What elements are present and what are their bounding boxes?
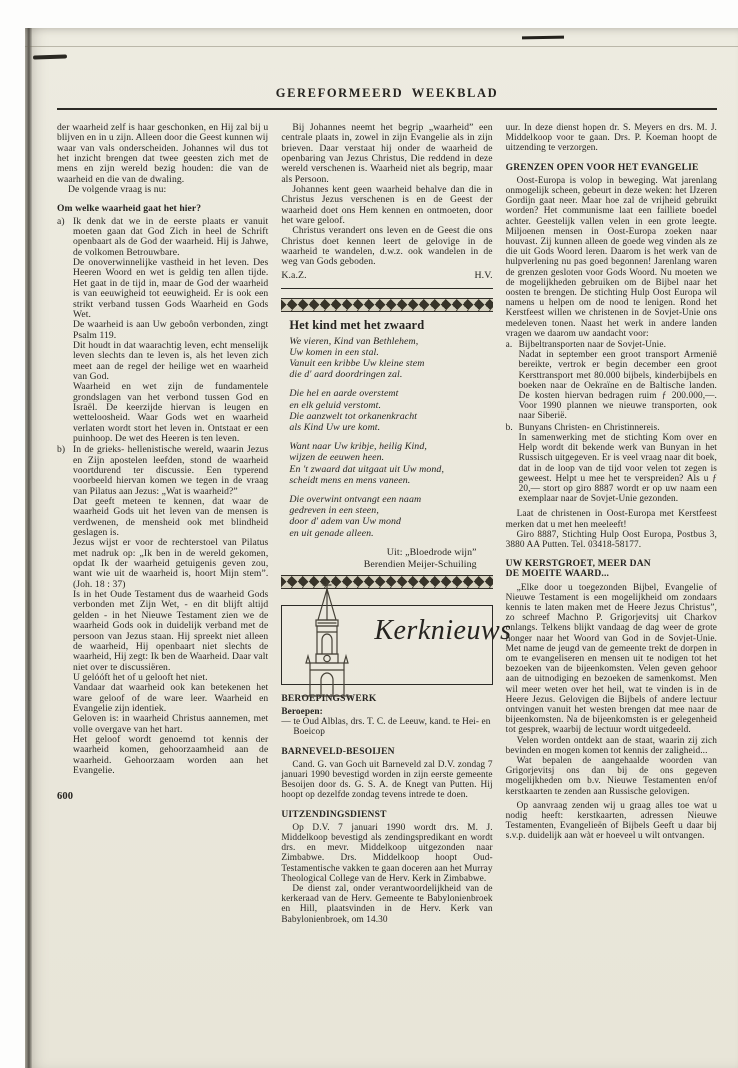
poem-line: als Kind Uw ure komt. — [289, 422, 488, 433]
article-paragraph: Jezus wijst er voor de rechterstoel van … — [73, 538, 268, 590]
news-paragraph: De dienst zal, onder verantwoordelijkhei… — [281, 884, 492, 925]
article-paragraph: Geloven is: in waarheid Christus aanneme… — [73, 714, 268, 735]
article-paragraph: De volgende vraag is nu: — [57, 185, 268, 195]
news-subheading: Beroepen: — [281, 707, 492, 717]
scan-artifact-mark — [33, 54, 67, 59]
kerknieuws-content: BEROEPINGSWERK Beroepen: — te Oud Alblas… — [281, 694, 492, 925]
poem-line: En 't zwaard dat uitgaat uit Uw mond, — [289, 464, 488, 475]
news-paragraph: Giro 8887, Stichting Hulp Oost Europa, P… — [506, 530, 717, 550]
news-heading: GRENZEN OPEN VOOR HET EVANGELIE — [506, 163, 717, 173]
news-paragraph: Op D.V. 7 januari 1990 wordt drs. M. J. … — [281, 823, 492, 884]
news-list-item: — te Oud Alblas, drs. T. C. de Leeuw, ka… — [281, 717, 492, 737]
news-paragraph: Laat de christenen in Oost-Europa met Ke… — [506, 509, 717, 529]
poem-line: die d' aard doordringen zal. — [289, 369, 488, 380]
poem-line: gedreven in een steen, — [289, 505, 488, 516]
list-item-title: Bijbeltransporten naar de Sovjet-Unie. — [519, 340, 717, 350]
poem-line: en elk geluid verstomt. — [289, 400, 488, 411]
news-list-item-b: b. Bunyans Christen- en Christinnereis. … — [506, 423, 717, 505]
news-paragraph: Cand. G. van Goch uit Barneveld zal D.V.… — [281, 760, 492, 801]
news-paragraph: Wat bepalen de aangehaalde woorden van G… — [506, 756, 717, 797]
article-subheading: Om welke waarheid gaat het hier? — [57, 204, 268, 214]
kerknieuws-title: Kerknieuws — [374, 626, 511, 636]
scan-artifact-dash — [522, 36, 564, 40]
poem-line: scheidt mens en mens vaneen. — [289, 475, 488, 486]
news-list-item-a: a. Bijbeltransporten naar de Sovjet-Unie… — [506, 340, 717, 422]
poem-line: Vanuit een kribbe Uw kleine stem — [289, 358, 488, 369]
list-item-title: Bunyans Christen- en Christinnereis. — [519, 423, 717, 433]
ornamental-border-top — [281, 298, 492, 312]
news-paragraph: „Elke door u toegezonden Bijbel, Evangel… — [506, 583, 717, 736]
poem-stanza: Die hel en aarde overstemt en elk geluid… — [289, 388, 488, 433]
poem-line: Die aanzwelt tot orkanenkracht — [289, 411, 488, 422]
article-paragraph: Is in het Oude Testament dus de waarheid… — [73, 590, 268, 673]
article-paragraph: In de grieks- hellenistische wereld, waa… — [73, 445, 268, 497]
poem-line: en uit genade alleen. — [289, 528, 488, 539]
section-divider — [281, 288, 492, 289]
signature-initials-right: H.V. — [474, 271, 492, 281]
poem-line: We vieren, Kind van Bethlehem, — [289, 336, 488, 347]
news-paragraph: Oost-Europa is volop in beweging. Wat ja… — [506, 176, 717, 339]
page-number: 600 — [57, 792, 268, 802]
news-paragraph: Op aanvraag zenden wij u graag alles toe… — [506, 801, 717, 842]
poem-line: Uw komen in een stal. — [289, 347, 488, 358]
masthead: GEREFORMEERD WEEKBLAD — [57, 86, 717, 110]
poem-line: wijzen de eeuwen heen. — [289, 452, 488, 463]
news-list-text: te Oud Alblas, drs. T. C. de Leeuw, kand… — [293, 717, 492, 737]
news-heading: BARNEVELD-BESOIJEN — [281, 747, 492, 757]
poem-title: Het kind met het zwaard — [289, 320, 488, 330]
list-marker: a. — [506, 340, 519, 422]
article-paragraph: Bij Johannes neemt het begrip „waarheid”… — [281, 123, 492, 185]
news-paragraph: Nadat in september een groot transport A… — [519, 350, 717, 421]
column-2: Bij Johannes neemt het begrip „waarheid”… — [281, 123, 492, 925]
news-paragraph: uur. In deze dienst hopen dr. S. Meyers … — [506, 123, 717, 154]
news-paragraph: Velen worden ontdekt aan de staat, waari… — [506, 736, 717, 756]
article-paragraph: Ik denk dat we in de eerste plaats er va… — [73, 217, 268, 258]
poem-line: Die hel en aarde overstemt — [289, 388, 488, 399]
article-paragraph: Het geloof wordt genoemd tot kennis der … — [73, 735, 268, 776]
page-spine-shadow — [25, 28, 32, 1068]
poem-stanza: Want naar Uw kribje, heilig Kind, wijzen… — [289, 441, 488, 486]
article-signature: K.a.Z. H.V. — [281, 271, 492, 281]
signature-initials-left: K.a.Z. — [281, 271, 306, 281]
column-1: der waarheid zelf is haar geschonken, en… — [57, 123, 268, 925]
list-item-a: a) Ik denk dat we in de eerste plaats er… — [57, 217, 268, 445]
article-paragraph: der waarheid zelf is haar geschonken, en… — [57, 123, 268, 185]
news-paragraph: In samenwerking met de stichting Kom ove… — [519, 433, 717, 504]
poem-line: door d' adem van Uw mond — [289, 516, 488, 527]
poem-line: Die overwint ontvangt een naam — [289, 494, 488, 505]
news-heading: UW KERSTGROET, MEER DAN DE MOEITE WAARD.… — [506, 559, 656, 579]
article-paragraph: Dit houdt in dat waarachtig leven, echt … — [73, 341, 268, 382]
poem-line: Want naar Uw kribje, heilig Kind, — [289, 441, 488, 452]
masthead-rule — [57, 108, 717, 110]
poem-source: Uit: „Bloedrode wijn” — [289, 547, 488, 559]
poem-stanza: Die overwint ontvangt een naam gedreven … — [289, 494, 488, 539]
scanned-magazine-page: GEREFORMEERD WEEKBLAD der waarheid zelf … — [25, 28, 738, 1068]
list-marker: b. — [506, 423, 519, 505]
poem-stanza: We vieren, Kind van Bethlehem, Uw komen … — [289, 336, 488, 381]
column-3: uur. In deze dienst hopen dr. S. Meyers … — [506, 123, 717, 925]
article-paragraph: Vandaar dat waarheid ook kan betekenen h… — [73, 683, 268, 714]
list-item-b: b) In de grieks- hellenistische wereld, … — [57, 445, 268, 776]
article-paragraph: Johannes kent geen waarheid behalve dan … — [281, 185, 492, 226]
list-marker: a) — [57, 217, 73, 445]
list-marker: — — [281, 717, 293, 737]
article-paragraph: Dat geeft meteen te kennen, dat waar de … — [73, 497, 268, 538]
scan-artifact-line — [25, 46, 738, 47]
poem-author: Berendien Meijer-Schuiling — [289, 559, 488, 571]
three-column-layout: der waarheid zelf is haar geschonken, en… — [57, 123, 717, 925]
news-heading: UITZENDINGSDIENST — [281, 810, 492, 820]
kerknieuws-box: Kerknieuws — [281, 605, 492, 685]
list-marker: b) — [57, 445, 73, 776]
church-tower-icon — [290, 580, 364, 698]
article-paragraph: De onoverwinnelijke vastheid in het leve… — [73, 258, 268, 320]
article-paragraph: Waarheid en wet zijn de fundamentele gro… — [73, 382, 268, 444]
publication-title: GEREFORMEERD WEEKBLAD — [57, 86, 717, 101]
article-paragraph: Christus verandert ons leven en de Geest… — [281, 226, 492, 267]
poem-block: Het kind met het zwaard We vieren, Kind … — [281, 314, 492, 575]
article-paragraph: De waarheid is aan Uw geboôn verbonden, … — [73, 320, 268, 341]
